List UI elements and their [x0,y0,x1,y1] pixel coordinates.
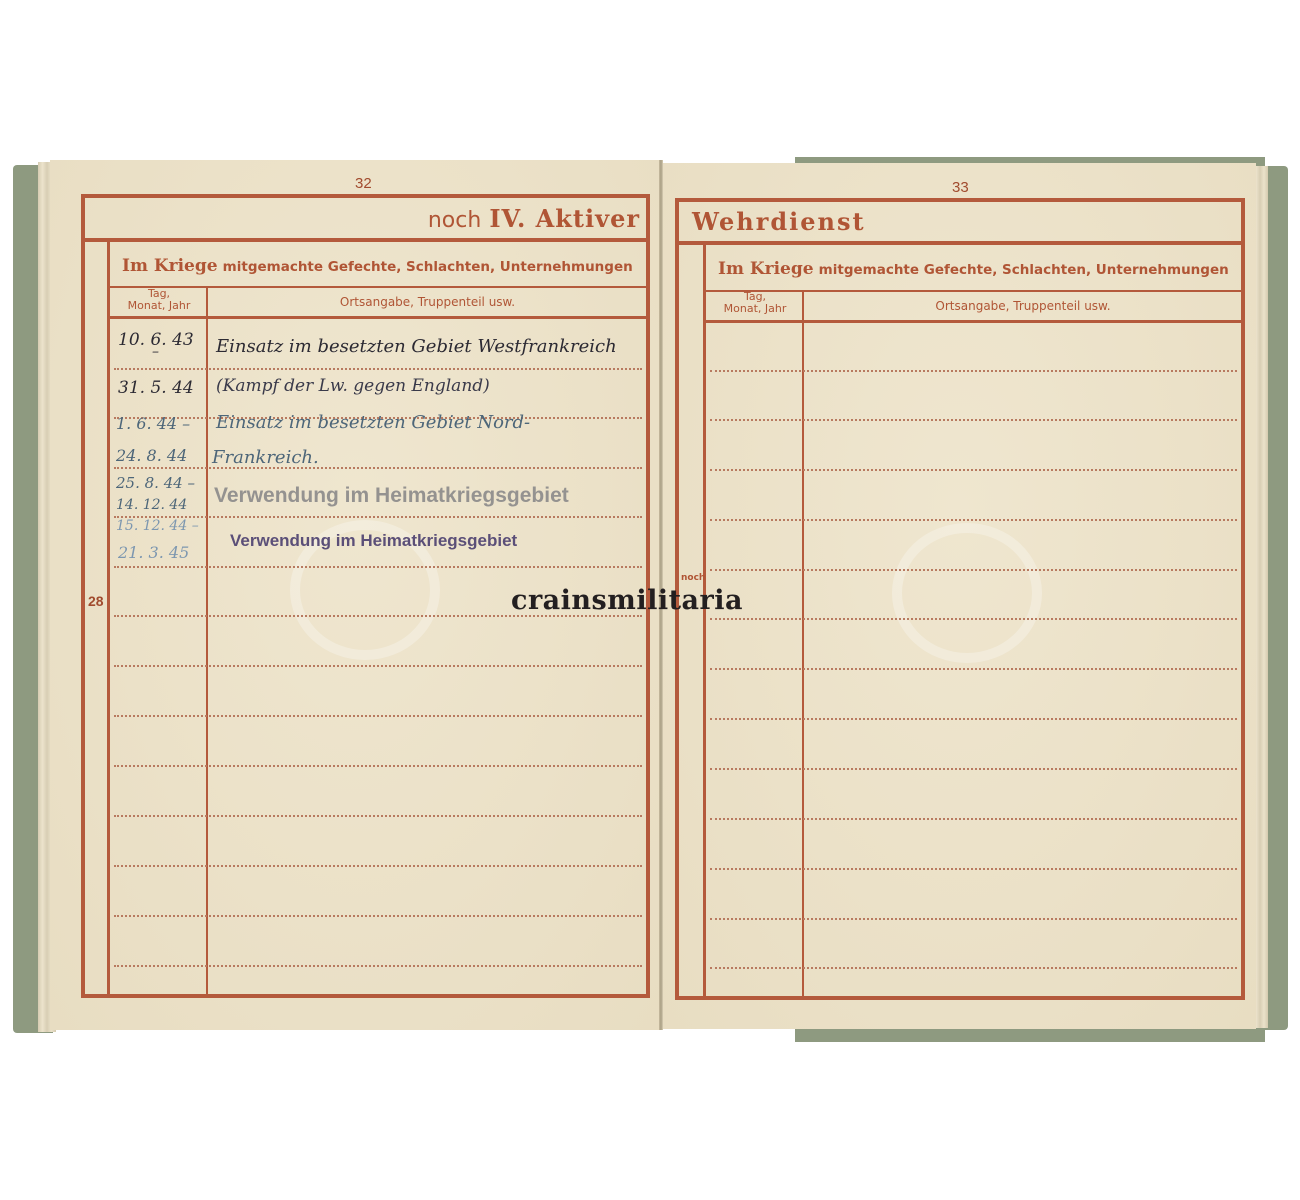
left-inner-vertical [107,242,110,998]
page-title: IV. Aktiver [489,204,640,233]
entry-date: 1. 6. 44 – [116,414,190,433]
page-title: Wehrdienst [692,207,866,236]
row-line [710,618,1237,620]
row-line [710,419,1237,421]
stamp-heimatkriegsgebiet: Verwendung im Heimatkriegsgebiet [230,531,517,551]
row-line [710,569,1237,571]
entry-date: – [152,344,159,360]
entry-date: 21. 3. 45 [118,543,189,562]
left-col-header-bottom [110,316,646,319]
left-title: nochIV. Aktiver [428,204,640,233]
row-line [114,915,642,917]
row-line [114,815,642,817]
row-line [114,715,642,717]
right-outer-frame [675,198,1245,1000]
left-section-heading: Im Kriege mitgemachte Gefechte, Schlacht… [122,256,633,276]
page-number-33: 33 [952,179,969,196]
title-prefix: noch [428,208,481,233]
row-line [114,467,642,469]
entry-text: (Kampf der Lw. gegen England) [216,376,490,396]
right-col-header-bottom [706,320,1241,323]
entry-date: 24. 8. 44 [116,446,187,465]
row-line [114,566,642,568]
row-line [710,918,1237,920]
right-col-divider [802,292,804,996]
left-col-date-header: Tag, Monat, Jahr [112,288,206,312]
row-line [710,469,1237,471]
entry-date: 15. 12. 44 – [116,518,199,534]
row-line [710,519,1237,521]
row-line [710,967,1237,969]
right-col-date-header: Tag, Monat, Jahr [708,291,802,315]
margin-number-28: 28 [88,593,104,609]
margin-label-noch: noch [681,573,705,583]
entry-date: 25. 8. 44 – [116,474,195,492]
stamp-heimatkriegsgebiet: Verwendung im Heimatkriegsgebiet [214,484,569,508]
row-line [710,768,1237,770]
entry-text: Frankreich. [212,447,319,468]
right-title-divider [675,241,1245,245]
row-line [710,818,1237,820]
row-line [114,865,642,867]
row-line [710,718,1237,720]
left-col-place-header: Ortsangabe, Truppenteil usw. [209,295,646,309]
row-line [114,665,642,667]
row-line [710,868,1237,870]
row-line [114,368,642,370]
row-line [710,370,1237,372]
right-col-place-header: Ortsangabe, Truppenteil usw. [805,299,1241,313]
entry-date: 14. 12. 44 [116,497,187,513]
entry-text: Einsatz im besetzten Gebiet Westfrankrei… [216,336,617,357]
row-line [710,668,1237,670]
page-number-32: 32 [355,175,372,192]
left-title-divider [81,238,650,242]
right-section-heading: Im Kriege mitgemachte Gefechte, Schlacht… [718,259,1229,279]
row-line [114,965,642,967]
seller-watermark: crainsmilitaria [511,585,743,616]
entry-text: Einsatz im besetzten Gebiet Nord- [216,412,530,433]
entry-date: 31. 5. 44 [118,378,194,398]
right-inner-vertical [703,245,706,1000]
left-col-divider [206,288,208,994]
row-line [114,765,642,767]
